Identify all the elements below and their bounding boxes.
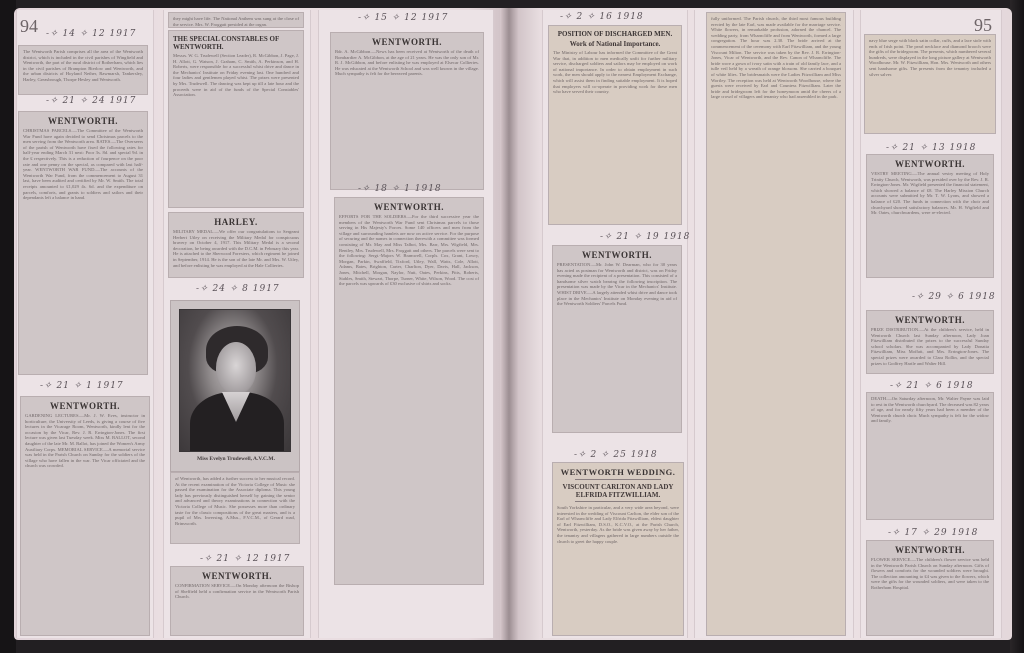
photo-caption: Miss Evelyn Trudewell, A.V.C.M.: [177, 456, 295, 462]
clipping-heading: WENTWORTH.: [25, 401, 145, 411]
clipping-body: The Ministry of Labour has informed the …: [553, 50, 677, 95]
clipping-heading: POSITION OF DISCHARGED MEN.: [553, 30, 677, 38]
scrapbook-spread: 94 -✧ 14 ✧ 12 1917 The Wentworth Parish …: [0, 0, 1024, 653]
handwritten-date: -✧ 21 ✧ 12 1917: [200, 554, 290, 564]
news-clipping: WENTWORTH. PRESENTATION.—Mr. John W. Dea…: [552, 245, 682, 433]
news-clipping: WENTWORTH. PRIZE DISTRIBUTION.—At the ch…: [866, 310, 994, 374]
clipping-body: fully uniformed. The Parish church, the …: [711, 16, 841, 100]
clipping-body: VESTRY MEETING.—The annual vestry meetin…: [871, 171, 989, 216]
news-clipping: WENTWORTH. GARDENING LECTURES.—Mr. J. W.…: [20, 396, 150, 636]
news-clipping: WENTWORTH. EFFORTS FOR THE SOLDIERS.—For…: [334, 197, 484, 585]
news-clipping: POSITION OF DISCHARGED MEN. Work of Nati…: [548, 25, 682, 225]
clipping-body: CHRISTMAS PARCELS.—The Committee of the …: [23, 128, 143, 201]
news-clipping: WENTWORTH WEDDING. VISCOUNT CARLTON AND …: [552, 462, 684, 636]
clipping-body: they might have life. The National Anthe…: [173, 16, 299, 27]
handwritten-date: -✧ 21 ✧ 19 1918: [600, 232, 690, 242]
clipping-body: MILITARY MEDAL.—We offer our congratulat…: [173, 229, 299, 268]
clipping-body: PRESENTATION.—Mr. John W. Dearman, who f…: [557, 262, 677, 307]
handwritten-date: -✧ 15 ✧ 12 1917: [358, 13, 448, 23]
clipping-body: Bdr. A. McGibbon.—News has been received…: [335, 49, 479, 77]
news-clipping: WENTWORTH. Bdr. A. McGibbon.—News has be…: [330, 32, 484, 190]
handwritten-date: -✧ 21 ✧ 13 1918: [886, 143, 976, 153]
handwritten-date: -✧ 2 ✧ 16 1918: [560, 12, 644, 22]
book-cover-edge-right: [1010, 0, 1024, 653]
clipping-heading: WENTWORTH.: [175, 571, 299, 581]
portrait-photo-clipping: Miss Evelyn Trudewell, A.V.C.M.: [170, 300, 300, 472]
news-clipping: WENTWORTH. CHRISTMAS PARCELS.—The Commit…: [18, 111, 148, 375]
clipping-heading: WENTWORTH.: [557, 250, 677, 260]
page-number-right: 95: [974, 15, 992, 36]
clipping-heading: WENTWORTH.: [871, 315, 989, 325]
clipping-heading: WENTWORTH.: [339, 202, 479, 212]
clipping-subheading: VISCOUNT CARLTON AND LADY ELFRIDA FITZWI…: [557, 483, 679, 499]
clipping-subheading: Work of National Importance.: [553, 40, 677, 48]
divider: [575, 479, 661, 480]
handwritten-date: -✧ 2 ✧ 25 1918: [574, 450, 658, 460]
clipping-body: South Yorkshire in particular, and a ver…: [557, 505, 679, 544]
clipping-heading: THE SPECIAL CONSTABLES OF WENTWORTH.: [173, 35, 299, 51]
clipping-heading: HARLEY.: [173, 217, 299, 227]
handwritten-date: -✧ 21 ✧ 24 1917: [46, 96, 136, 106]
news-clipping: fully uniformed. The Parish church, the …: [706, 12, 846, 636]
news-clipping: The Wentworth Parish comprises all the a…: [18, 45, 148, 95]
clipping-body: EFFORTS FOR THE SOLDIERS.—For the third …: [339, 214, 479, 287]
book-gutter: [500, 8, 518, 640]
clipping-heading: WENTWORTH.: [335, 37, 479, 47]
page-number-left: 94: [20, 16, 38, 37]
clipping-heading: WENTWORTH.: [23, 116, 143, 126]
clipping-heading: WENTWORTH.: [871, 159, 989, 169]
news-clipping: DEATH.—On Saturday afternoon, Mr. Walter…: [866, 392, 994, 520]
news-clipping: of Wentworth, has added a further succes…: [170, 472, 300, 544]
clipping-heading: WENTWORTH.: [871, 545, 989, 555]
divider: [575, 501, 661, 502]
news-clipping: WENTWORTH. VESTRY MEETING.—The annual ve…: [866, 154, 994, 278]
news-clipping: THE SPECIAL CONSTABLES OF WENTWORTH. Mes…: [168, 30, 304, 208]
handwritten-date: -✧ 21 ✧ 1 1917: [40, 381, 124, 391]
clipping-body: of Wentworth, has added a further succes…: [175, 476, 295, 526]
portrait-photo: [179, 309, 291, 452]
news-clipping: they might have life. The National Anthe…: [168, 12, 304, 28]
clipping-body: DEATH.—On Saturday afternoon, Mr. Walter…: [871, 396, 989, 424]
clipping-body: The Wentworth Parish comprises all the a…: [23, 49, 143, 83]
clipping-body: PRIZE DISTRIBUTION.—At the children's se…: [871, 327, 989, 366]
handwritten-date: -✧ 21 ✧ 6 1918: [890, 381, 974, 391]
handwritten-date: -✧ 29 ✧ 6 1918: [912, 292, 996, 302]
handwritten-date: -✧ 18 ✧ 1 1918: [358, 184, 442, 194]
clipping-body: CONFIRMATION SERVICE.—On Monday afternoo…: [175, 583, 299, 600]
handwritten-date: -✧ 24 ✧ 8 1917: [196, 284, 280, 294]
news-clipping: WENTWORTH. FLOWER SERVICE.—The children'…: [866, 540, 994, 636]
news-clipping: navy blue serge with black satin collar,…: [864, 34, 996, 134]
news-clipping: WENTWORTH. CONFIRMATION SERVICE.—On Mond…: [170, 566, 304, 636]
handwritten-date: -✧ 14 ✧ 12 1917: [46, 29, 136, 39]
clipping-body: Messrs. W. G. Trudewell (Section Leader)…: [173, 53, 299, 98]
clipping-body: FLOWER SERVICE.—The children's flower se…: [871, 557, 989, 591]
news-clipping: HARLEY. MILITARY MEDAL.—We offer our con…: [168, 212, 304, 278]
clipping-heading: WENTWORTH WEDDING.: [557, 467, 679, 477]
clipping-body: GARDENING LECTURES.—Mr. J. W. Eves, inst…: [25, 413, 145, 469]
handwritten-date: -✧ 17 ✧ 29 1918: [888, 528, 978, 538]
clipping-body: navy blue serge with black satin collar,…: [869, 38, 991, 77]
